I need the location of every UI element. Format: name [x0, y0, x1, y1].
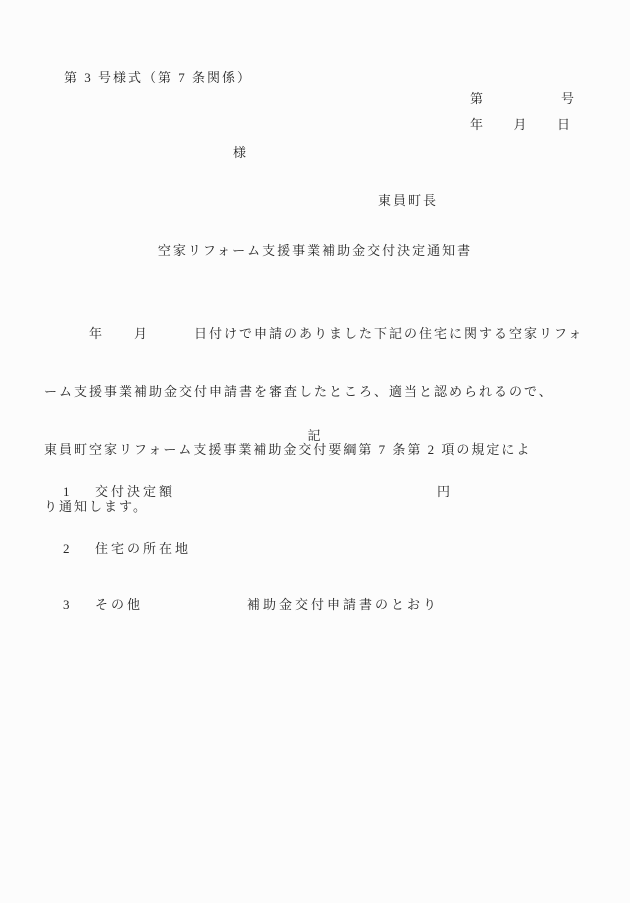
document-number-prefix: 第 — [470, 91, 483, 107]
body-line: ーム支援事業補助金交付申請書を審査したところ、適当と認められるので、 — [44, 379, 592, 405]
item-label-house-location: 住宅の所在地 — [95, 541, 191, 557]
body-paragraph: 年 月 日付けで申請のありました下記の住宅に関する空家リフォ ーム支援事業補助金… — [44, 289, 592, 552]
sender-name: 東員町長 — [378, 193, 438, 209]
item-row-other: 3 その他 補助金交付申請書のとおり — [0, 597, 630, 613]
notice-marker: 記 — [0, 428, 630, 444]
item-label-grant-amount: 交付決定額 — [95, 484, 175, 500]
item-row-house-location: 2 住宅の所在地 — [0, 541, 630, 557]
item-label-other: その他 — [95, 597, 143, 613]
date-line: 年 月 日 — [470, 117, 570, 133]
item-number: 1 — [63, 484, 70, 500]
item-unit-yen: 円 — [437, 484, 453, 500]
date-day-label: 日 — [557, 117, 570, 133]
item-value-other: 補助金交付申請書のとおり — [247, 597, 439, 613]
document-page: 第 3 号様式（第 7 条関係） 第 号 年 月 日 様 東員町長 空家リフォー… — [0, 0, 630, 903]
addressee-honorific: 様 — [233, 145, 248, 161]
document-number-line: 第 号 — [470, 91, 574, 107]
item-number: 2 — [63, 541, 70, 557]
document-title: 空家リフォーム支援事業補助金交付決定通知書 — [0, 243, 630, 259]
form-number-label: 第 3 号様式（第 7 条関係） — [64, 70, 252, 86]
date-month-label: 月 — [513, 117, 526, 133]
item-row-grant-amount: 1 交付決定額 円 — [0, 484, 630, 500]
date-year-label: 年 — [470, 117, 483, 133]
item-number: 3 — [63, 597, 70, 613]
document-number-suffix: 号 — [561, 91, 574, 107]
body-line: 年 月 日付けで申請のありました下記の住宅に関する空家リフォ — [44, 321, 592, 347]
